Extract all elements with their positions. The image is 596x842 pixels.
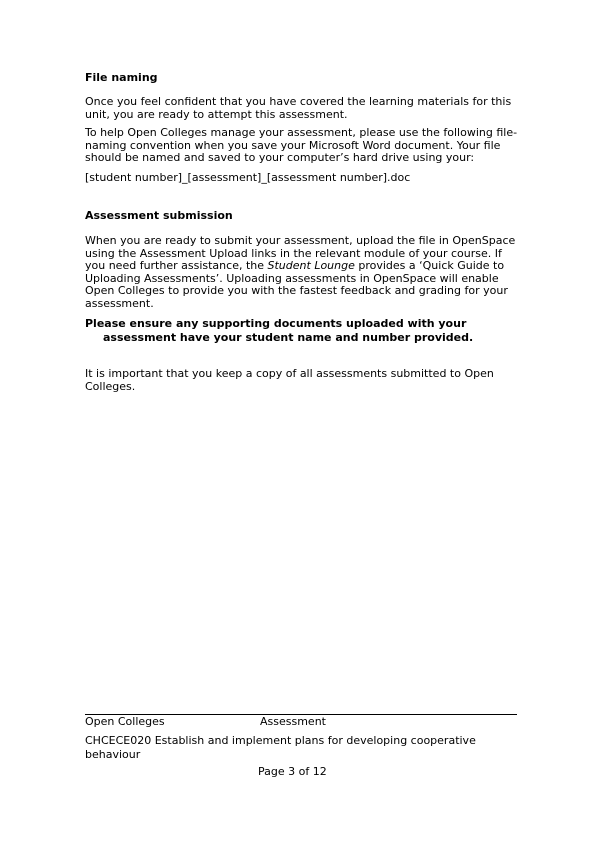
file-naming-heading: File naming <box>85 71 158 84</box>
footer-doc-type: Assessment <box>260 715 326 728</box>
note-line-2: assessment have your student name and nu… <box>85 331 525 345</box>
closing-paragraph: It is important that you keep a copy of … <box>85 368 505 393</box>
assessment-submission-heading: Assessment submission <box>85 209 233 222</box>
page-number: Page 3 of 12 <box>258 765 327 778</box>
file-naming-convention: [student number]_[assessment]_[assessmen… <box>85 172 525 185</box>
file-naming-intro: Once you feel confident that you have co… <box>85 96 525 121</box>
file-naming-instructions: To help Open Colleges manage your assess… <box>85 127 525 165</box>
footer-org: Open Colleges <box>85 715 165 728</box>
supporting-documents-note: Please ensure any supporting documents u… <box>85 317 525 344</box>
student-lounge-text: Student Lounge <box>268 259 355 272</box>
footer-unit-title: CHCECE020 Establish and implement plans … <box>85 734 505 761</box>
note-line-1: Please ensure any supporting documents u… <box>85 317 466 330</box>
submission-paragraph: When you are ready to submit your assess… <box>85 235 525 310</box>
